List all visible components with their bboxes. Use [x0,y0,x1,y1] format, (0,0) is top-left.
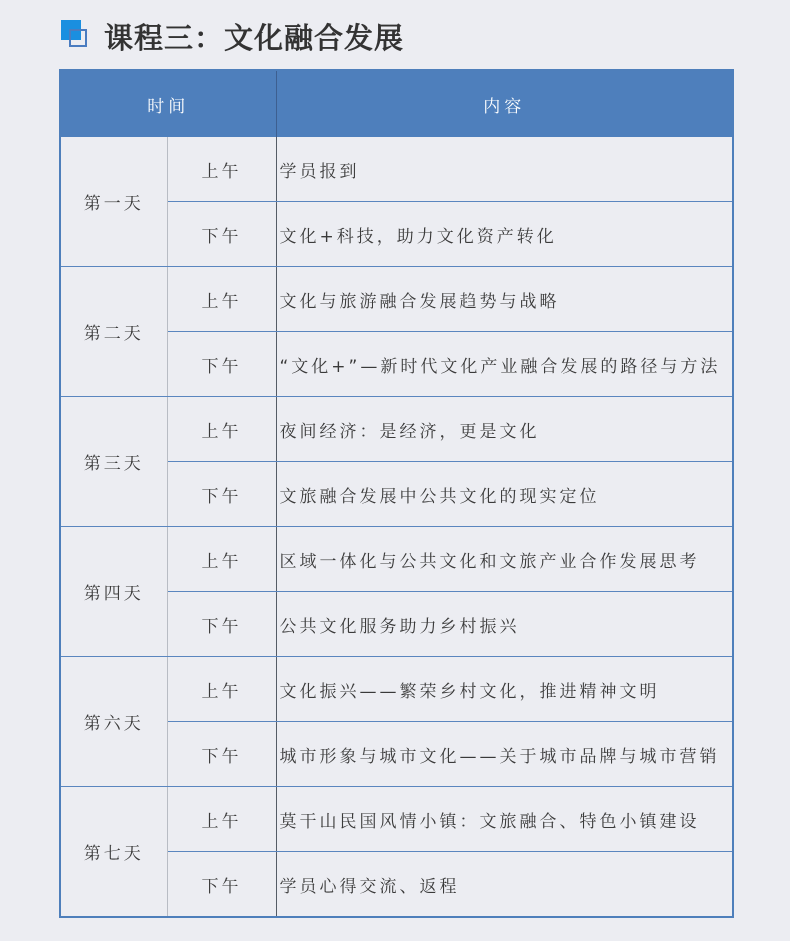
content-cell: 文化+科技，助力文化资产转化 [276,202,733,267]
content-cell: “文化+”—新时代文化产业融合发展的路径与方法 [276,332,733,397]
content-cell: 学员报到 [276,137,733,202]
table-header-row: 时间 内容 [60,70,733,137]
slot-cell: 上午 [167,657,276,722]
header-time: 时间 [60,70,276,137]
day-cell: 第七天 [60,787,167,918]
table-row: 第二天 上午 文化与旅游融合发展趋势与战略 [60,267,733,332]
slot-cell: 下午 [167,722,276,787]
content-cell: 文化振兴——繁荣乡村文化，推进精神文明 [276,657,733,722]
slot-cell: 上午 [167,787,276,852]
slot-cell: 下午 [167,202,276,267]
slot-cell: 下午 [167,462,276,527]
slot-cell: 上午 [167,267,276,332]
day-cell: 第六天 [60,657,167,787]
slot-cell: 下午 [167,332,276,397]
content-cell: 文化与旅游融合发展趋势与战略 [276,267,733,332]
day-cell: 第三天 [60,397,167,527]
content-cell: 夜间经济：是经济，更是文化 [276,397,733,462]
page-title: 课程三：文化融合发展 [104,16,404,57]
schedule-table: 时间 内容 第一天 上午 学员报到 下午 文化+科技，助力文化资产转化 第二天 … [59,69,734,918]
content-cell: 文旅融合发展中公共文化的现实定位 [276,462,733,527]
table-row: 第三天 上午 夜间经济：是经济，更是文化 [60,397,733,462]
content-cell: 公共文化服务助力乡村振兴 [276,592,733,657]
slot-cell: 上午 [167,397,276,462]
content-cell: 学员心得交流、返程 [276,852,733,918]
table-row: 第七天 上午 莫干山民国风情小镇：文旅融合、特色小镇建设 [60,787,733,852]
day-cell: 第二天 [60,267,167,397]
table-row: 第六天 上午 文化振兴——繁荣乡村文化，推进精神文明 [60,657,733,722]
content-cell: 区域一体化与公共文化和文旅产业合作发展思考 [276,527,733,592]
slot-cell: 上午 [167,527,276,592]
slot-cell: 上午 [167,137,276,202]
content-cell: 城市形象与城市文化——关于城市品牌与城市营销 [276,722,733,787]
table-row: 第一天 上午 学员报到 [60,137,733,202]
header-content: 内容 [276,70,733,137]
slot-cell: 下午 [167,592,276,657]
section-title: 课程三：文化融合发展 [60,14,404,58]
content-cell: 莫干山民国风情小镇：文旅融合、特色小镇建设 [276,787,733,852]
square-bullet-icon [60,20,92,52]
day-cell: 第四天 [60,527,167,657]
slot-cell: 下午 [167,852,276,918]
day-cell: 第一天 [60,137,167,267]
table-row: 第四天 上午 区域一体化与公共文化和文旅产业合作发展思考 [60,527,733,592]
